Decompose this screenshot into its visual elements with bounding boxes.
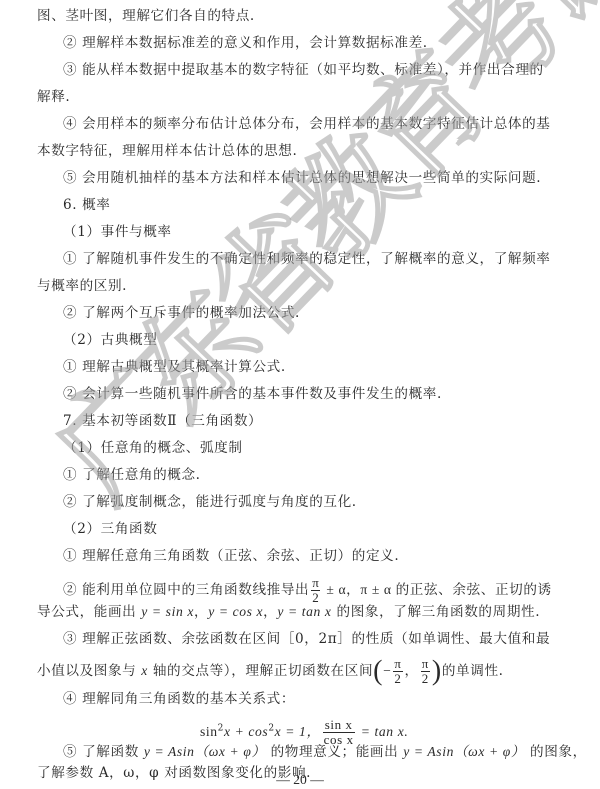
text-line: 解释. <box>37 88 567 106</box>
formula-tan: y = tan x <box>277 604 331 619</box>
fraction-pi-over-2: π2 <box>311 576 320 605</box>
text-line: （1）事件与概率 <box>63 223 593 241</box>
text-line: ② 了解两个互斥事件的概率加法公式. <box>63 304 593 322</box>
text-line: 本数字特征，理解用样本估计总体的思想. <box>37 142 567 160</box>
text-line: ② 会计算一些随机事件所含的基本事件数及事件发生的概率. <box>63 385 593 403</box>
text-line: （2）三角函数 <box>63 520 593 538</box>
left-paren: ( <box>373 656 383 687</box>
text-line: ① 了解随机事件发生的不确定性和频率的稳定性，了解概率的意义，了解频率 <box>63 250 593 268</box>
text-line: ① 理解任意角三角函数（正弦、余弦、正切）的定义. <box>63 547 593 565</box>
properties-line-1: ③ 理解正弦函数、余弦函数在区间［0，2π］的性质（如单调性、最大值和最 <box>63 630 593 648</box>
text-line: ⑤ 会用随机抽样的基本方法和样本估计总体的思想解决一些简单的实际问题. <box>63 169 593 187</box>
text-line: （2）古典概型 <box>63 331 593 349</box>
formula-cos: y = cos x <box>208 604 263 619</box>
induction-line-1: ② 能利用单位圆中的三角函数线推导出π2 ± α，π ± α 的正弦、余弦、正切… <box>63 576 593 605</box>
text-line: ② 了解弧度制概念，能进行弧度与角度的互化. <box>63 493 593 511</box>
fraction-pi-over-2: π2 <box>421 657 430 686</box>
text-line: ④ 会用样本的频率分布估计总体分布，会用样本的基本数字特征估计总体的基 <box>63 115 593 133</box>
induction-line-2: 导公式，能画出 y = sin x，y = cos x，y = tan x 的图… <box>37 603 567 621</box>
text-line: 7. 基本初等函数Ⅱ（三角函数） <box>63 412 593 430</box>
properties-line-2: 小值以及图象与 x 轴的交点等），理解正切函数在区间(−π2，π2)的单调性. <box>37 657 567 686</box>
sinusoid-line-1: ⑤ 了解函数 y = Asin（ωx + φ） 的物理意义；能画出 y = As… <box>63 743 593 761</box>
sinusoid-line-2: 了解参数 A，ω，φ 对函数图象变化的影响. <box>37 764 567 782</box>
text-segment: ② 能利用单位圆中的三角函数线推导出 <box>63 582 309 598</box>
right-paren: ) <box>432 656 442 687</box>
text-line: 图、茎叶图，理解它们各自的特点. <box>37 7 567 25</box>
identity-line: ④ 理解同角三角函数的基本关系式： <box>63 690 593 708</box>
formula-sin: y = sin x <box>141 604 194 619</box>
text-line: ① 理解古典概型及其概率计算公式. <box>63 358 593 376</box>
fraction-pi-over-2: π2 <box>393 657 402 686</box>
text-line: ② 理解样本数据标准差的意义和作用，会计算数据标准差. <box>63 34 593 52</box>
text-line: （1）任意角的概念、弧度制 <box>63 439 593 457</box>
text-segment: ± α，π ± α 的正弦、余弦、正切的诱 <box>322 582 551 597</box>
text-line: 与概率的区别. <box>37 277 567 295</box>
text-line: ① 了解任意角的概念. <box>63 466 593 484</box>
text-line: ③ 能从样本数据中提取基本的数字特征（如平均数、标准差），并作出合理的 <box>63 61 593 79</box>
document-page: 图、茎叶图，理解它们各自的特点.② 理解样本数据标准差的意义和作用，会计算数据标… <box>0 0 600 789</box>
text-line: 6. 概率 <box>63 196 593 214</box>
